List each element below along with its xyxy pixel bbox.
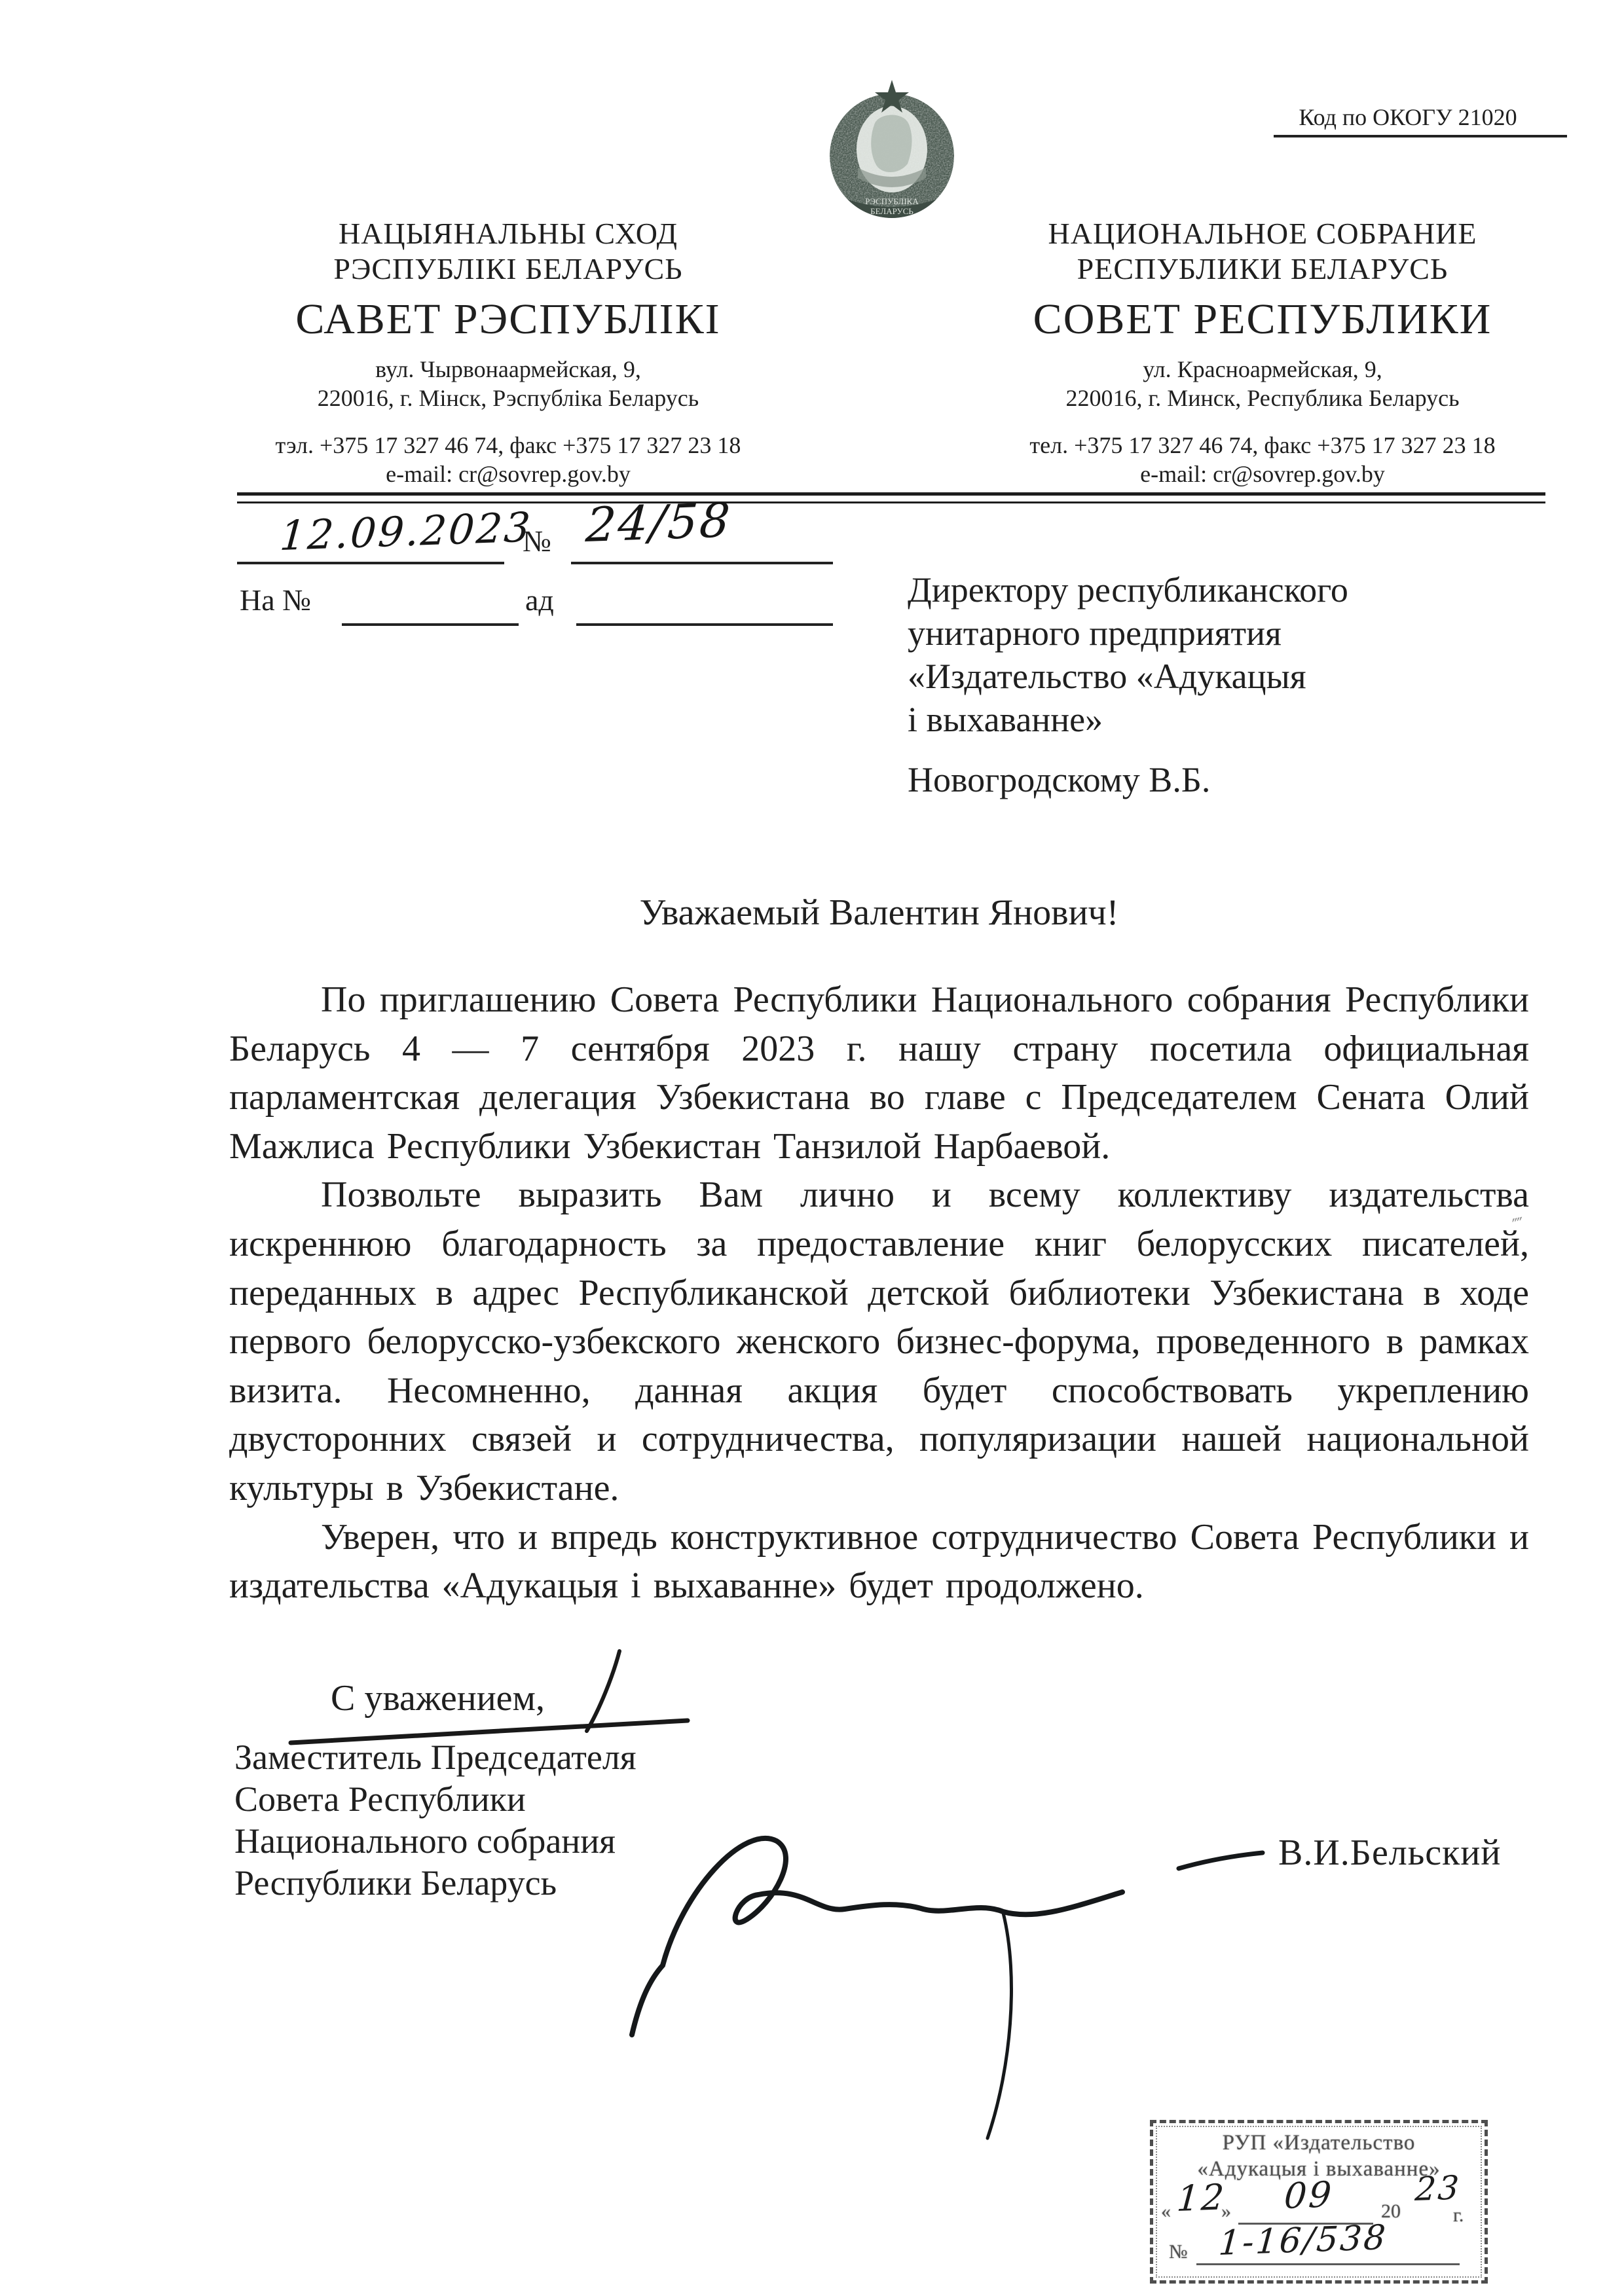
letterhead-left-org-line1: НАЦЫЯНАЛЬНЫ СХОД — [187, 216, 829, 251]
pen-slash-stroke — [587, 1651, 619, 1731]
letterhead-left: НАЦЫЯНАЛЬНЫ СХОД РЭСПУБЛІКІ БЕЛАРУСЬ САВ… — [187, 216, 829, 488]
number-sign-label: № — [523, 524, 551, 558]
body-paragraph-2: Позвольте выразить Вам лично и всему кол… — [229, 1171, 1529, 1512]
signer-name: В.И.Бельский — [1278, 1832, 1501, 1874]
stamp-year-suffix: г. — [1453, 2204, 1464, 2227]
okogu-code: Код по ОКОГУ 21020 — [1280, 103, 1536, 131]
body-paragraph-3: Уверен, что и впредь конструктивное сотр… — [229, 1513, 1529, 1611]
stamp-quote-open: « — [1161, 2200, 1171, 2223]
okogu-underline — [1274, 135, 1567, 137]
letterhead-left-org-line2: РЭСПУБЛІКІ БЕЛАРУСЬ — [187, 251, 829, 287]
body-paragraph-1: По приглашению Совета Республики Национа… — [229, 975, 1529, 1171]
signature-flourish-stroke — [632, 1838, 1122, 2035]
addressee-line: «Издательство «Адукацыя — [908, 655, 1549, 698]
letterhead-right: НАЦИОНАЛЬНОЕ СОБРАНИЕ РЕСПУБЛИКИ БЕЛАРУС… — [935, 216, 1590, 488]
date-blank-line — [237, 562, 504, 564]
addressee-line: Директору республиканского — [908, 568, 1549, 611]
handwritten-outgoing-number: 24/58 — [584, 492, 733, 553]
stamp-handwritten-day: 12 — [1175, 2176, 1227, 2219]
reply-to-number-label: На № — [240, 583, 311, 617]
letterhead-right-address2: 220016, г. Минск, Республика Беларусь — [935, 384, 1590, 412]
letterhead-right-phone: тел. +375 17 327 46 74, факс +375 17 327… — [935, 431, 1590, 460]
signature-dash-stroke — [1179, 1853, 1263, 1868]
stamp-org-line1: РУП «Издательство — [1153, 2131, 1485, 2155]
salutation: Уважаемый Валентин Янович! — [229, 892, 1529, 934]
addressee-line: унитарного предприятия — [908, 611, 1549, 655]
letterhead-left-phone: тэл. +375 17 327 46 74, факс +375 17 327… — [187, 431, 829, 460]
letterhead-right-chamber: СОВЕТ РЕСПУБЛИКИ — [935, 295, 1590, 344]
letterhead-right-address1: ул. Красноармейская, 9, — [935, 355, 1590, 384]
handwritten-signature — [249, 1611, 1270, 2177]
letterhead-left-chamber: САВЕТ РЭСПУБЛІКІ — [187, 295, 829, 344]
handwritten-outgoing-date: 12.09.2023 — [278, 503, 534, 560]
addressee-line: і выхаванне» — [908, 698, 1549, 741]
reply-date-blank-line — [576, 623, 833, 626]
stamp-number-blank-line — [1196, 2263, 1460, 2265]
stamp-handwritten-month: 09 — [1283, 2174, 1335, 2217]
letterhead-divider-rule — [237, 492, 1545, 503]
letterhead-left-email: e-mail: cr@sovrep.gov.by — [187, 460, 829, 488]
letterhead-left-address2: 220016, г. Мінск, Рэспубліка Беларусь — [187, 384, 829, 412]
reply-from-date-label: ад — [525, 583, 554, 617]
closing-underline-stroke — [291, 1721, 688, 1743]
addressee-name: Новогродскому В.Б. — [908, 758, 1549, 801]
letter-body: По приглашению Совета Республики Национа… — [229, 975, 1529, 1611]
incoming-stamp: РУП «Издательство «Адукацыя і выхаванне»… — [1150, 2120, 1488, 2284]
stamp-handwritten-number: 1-16/538 — [1217, 2218, 1389, 2263]
letterhead-right-org-line2: РЕСПУБЛИКИ БЕЛАРУСЬ — [935, 251, 1590, 287]
signature-tail-stroke — [987, 1913, 1011, 2138]
number-blank-line — [571, 562, 833, 564]
letterhead-left-address1: вул. Чырвонаармейская, 9, — [187, 355, 829, 384]
emblem-ribbon-text-2: БЕЛАРУСЬ — [870, 206, 913, 216]
scanned-letter-page: Код по ОКОГУ 21020 РЭСПУБЛІКА БЕЛАР — [0, 0, 1624, 2296]
coat-of-arms-icon: РЭСПУБЛІКА БЕЛАРУСЬ — [815, 76, 969, 228]
stamp-number-label: № — [1169, 2241, 1188, 2263]
stamp-handwritten-year: 23 — [1414, 2168, 1462, 2208]
emblem-ribbon-text-1: РЭСПУБЛІКА — [865, 196, 919, 206]
addressee-block: Директору республиканского унитарного пр… — [908, 568, 1549, 801]
letterhead-right-email: e-mail: cr@sovrep.gov.by — [935, 460, 1590, 488]
letterhead-right-org-line1: НАЦИОНАЛЬНОЕ СОБРАНИЕ — [935, 216, 1590, 251]
reply-number-blank-line — [342, 623, 519, 626]
stamp-quote-close: » — [1221, 2200, 1231, 2223]
